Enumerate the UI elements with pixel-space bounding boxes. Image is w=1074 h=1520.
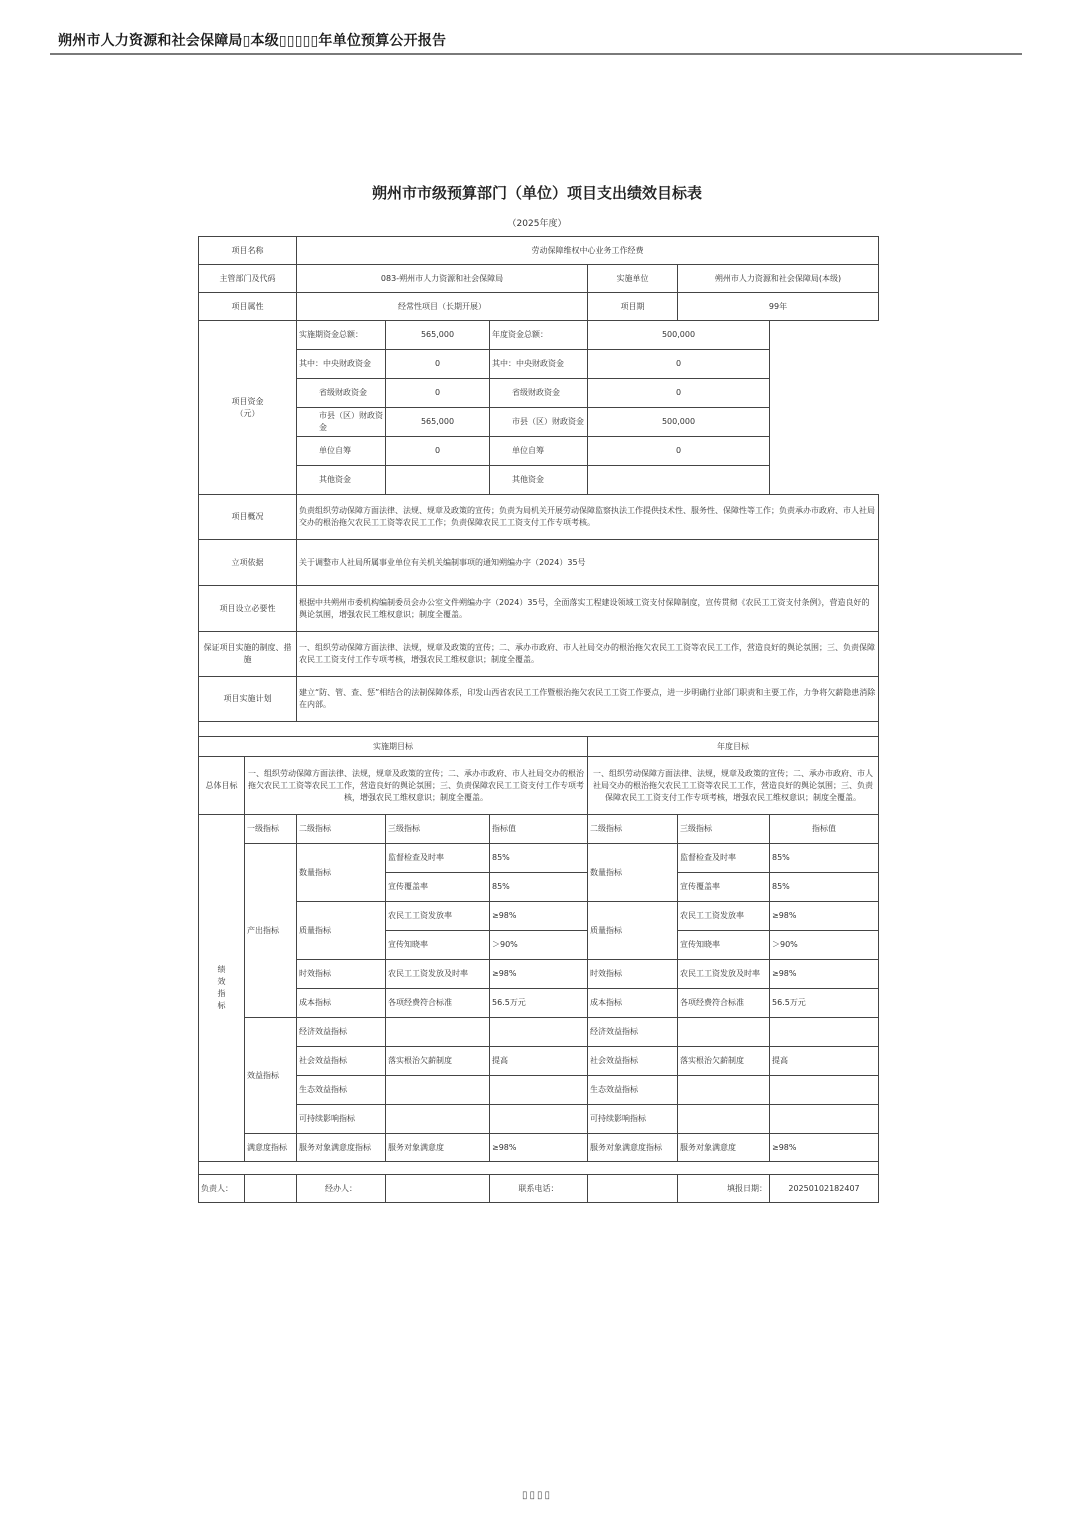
indicator-level3: 农民工工资发放及时率 [386, 960, 490, 989]
fund-label-period: 其中：中央财政资金 [297, 350, 386, 379]
value-plan: 建立“防、管、查、惩”相结合的法制保障体系，印发山西省农民工工作暨根治拖欠农民工… [297, 677, 879, 722]
label-basis: 立项依据 [199, 540, 297, 586]
indicator-level3-annual [678, 1105, 770, 1134]
indicator-level3: 宣传覆盖率 [386, 873, 490, 902]
value-responsible [245, 1175, 297, 1203]
label-measures: 保证项目实施的制度、措施 [199, 632, 297, 677]
document-title: 朔州市市级预算部门（单位）项目支出绩效目标表 [0, 182, 1074, 203]
indicator-level2: 经济效益指标 [297, 1018, 386, 1047]
indicator-header: 二级指标 [588, 815, 678, 844]
value-impl-unit: 朔州市人力资源和社会保障局(本级) [678, 265, 879, 293]
value-phone [588, 1175, 678, 1203]
indicator-value-annual: 85% [770, 873, 879, 902]
fund-value-period: 0 [386, 350, 490, 379]
indicator-value-annual: 56.5万元 [770, 989, 879, 1018]
indicator-value: 56.5万元 [490, 989, 588, 1018]
indicator-level2-annual: 服务对象满意度指标 [588, 1134, 678, 1162]
indicator-value-annual: 提高 [770, 1047, 879, 1076]
label-plan: 项目实施计划 [199, 677, 297, 722]
indicator-level2: 社会效益指标 [297, 1047, 386, 1076]
indicator-header: 指标值 [770, 815, 879, 844]
header-period-goal: 实施期目标 [199, 737, 588, 757]
indicator-level3-annual: 宣传知晓率 [678, 931, 770, 960]
indicator-level2-annual: 可持续影响指标 [588, 1105, 678, 1134]
indicator-value [490, 1105, 588, 1134]
indicator-level3-annual: 服务对象满意度 [678, 1134, 770, 1162]
indicator-value [490, 1076, 588, 1105]
label-necessity: 项目设立必要性 [199, 586, 297, 632]
indicator-value-annual: 85% [770, 844, 879, 873]
indicator-level2-annual: 时效指标 [588, 960, 678, 989]
label-handler: 经办人： [297, 1175, 386, 1203]
indicator-value: ≥98% [490, 902, 588, 931]
indicator-value-annual: ≥98% [770, 902, 879, 931]
indicator-level3-annual: 落实根治欠薪制度 [678, 1047, 770, 1076]
label-output-indicators: 产出指标 [245, 844, 297, 1018]
label-overall-goal: 总体目标 [199, 757, 245, 815]
indicator-level2-annual: 经济效益指标 [588, 1018, 678, 1047]
label-fill-date: 填报日期： [678, 1175, 770, 1203]
fund-value-period: 565,000 [386, 321, 490, 350]
performance-target-table: 项目名称劳动保障维权中心业务工作经费主管部门及代码083-朔州市人力资源和社会保… [198, 236, 879, 1203]
value-dept: 083-朔州市人力资源和社会保障局 [297, 265, 588, 293]
value-project-name: 劳动保障维权中心业务工作经费 [297, 237, 879, 265]
indicator-level3-annual: 监督检查及时率 [678, 844, 770, 873]
indicator-level3-annual [678, 1018, 770, 1047]
fund-label-period: 单位自筹 [297, 437, 386, 466]
fund-label-period: 省级财政资金 [297, 379, 386, 408]
indicator-level2: 成本指标 [297, 989, 386, 1018]
fund-value-annual: 500,000 [588, 408, 770, 437]
indicator-level2-annual: 生态效益指标 [588, 1076, 678, 1105]
label-benefit-indicators: 效益指标 [245, 1018, 297, 1134]
indicator-value-annual: ＞90% [770, 931, 879, 960]
fund-value-annual [588, 466, 770, 495]
indicator-level3-annual: 农民工工资发放及时率 [678, 960, 770, 989]
indicator-level2: 数量指标 [297, 844, 386, 902]
indicator-value-annual: ≥98% [770, 1134, 879, 1162]
indicator-value-annual [770, 1105, 879, 1134]
label-phone: 联系电话： [490, 1175, 588, 1203]
label-performance-indicators: 绩 效 指 标 [199, 815, 245, 1162]
label-attr: 项目属性 [199, 293, 297, 321]
indicator-level3: 宣传知晓率 [386, 931, 490, 960]
indicator-value: 85% [490, 873, 588, 902]
indicator-value: ＞90% [490, 931, 588, 960]
label-satisfaction-indicators: 满意度指标 [245, 1134, 297, 1162]
fund-value-annual: 0 [588, 379, 770, 408]
indicator-level2: 可持续影响指标 [297, 1105, 386, 1134]
value-measures: 一、组织劳动保障方面法律、法规，规章及政策的宣传；二、承办市政府、市人社局交办的… [297, 632, 879, 677]
indicator-header: 三级指标 [386, 815, 490, 844]
indicator-level3: 服务对象满意度 [386, 1134, 490, 1162]
indicator-level2: 服务对象满意度指标 [297, 1134, 386, 1162]
value-handler [386, 1175, 490, 1203]
spacer-row [199, 1162, 879, 1175]
indicator-value: ≥98% [490, 1134, 588, 1162]
label-project-name: 项目名称 [199, 237, 297, 265]
page-number: ▯▯▯▯ [0, 1490, 1074, 1501]
fund-value-period [386, 466, 490, 495]
page-header: 朔州市人力资源和社会保障局▯本级▯▯▯▯▯年单位预算公开报告 [58, 30, 446, 50]
indicator-level2: 质量指标 [297, 902, 386, 960]
indicator-value: ≥98% [490, 960, 588, 989]
header-annual-goal: 年度目标 [588, 737, 879, 757]
indicator-level3 [386, 1076, 490, 1105]
indicator-level2: 生态效益指标 [297, 1076, 386, 1105]
value-necessity: 根据中共朔州市委机构编制委员会办公室文件朔编办字（2024）35号，全面落实工程… [297, 586, 879, 632]
fund-label-annual: 市县（区）财政资金 [490, 408, 588, 437]
indicator-header: 一级指标 [245, 815, 297, 844]
fund-label-period: 其他资金 [297, 466, 386, 495]
fund-label-annual: 其他资金 [490, 466, 588, 495]
label-overview: 项目概况 [199, 495, 297, 540]
indicator-level3: 农民工工资发放率 [386, 902, 490, 931]
indicator-level2: 时效指标 [297, 960, 386, 989]
value-period: 99年 [678, 293, 879, 321]
header-rule [50, 53, 1022, 55]
label-impl-unit: 实施单位 [588, 265, 678, 293]
value-overview: 负责组织劳动保障方面法律、法规、规章及政策的宣传；负责为局机关开展劳动保障监察执… [297, 495, 879, 540]
indicator-level2-annual: 社会效益指标 [588, 1047, 678, 1076]
indicator-level3-annual: 宣传覆盖率 [678, 873, 770, 902]
fund-value-period: 0 [386, 379, 490, 408]
indicator-header: 三级指标 [678, 815, 770, 844]
label-project-funds: 项目资金（元） [199, 321, 297, 495]
funds-unit: （元） [236, 409, 260, 418]
indicator-value: 85% [490, 844, 588, 873]
indicator-value-annual [770, 1076, 879, 1105]
indicator-level2-annual: 成本指标 [588, 989, 678, 1018]
indicator-level2-annual: 数量指标 [588, 844, 678, 902]
indicator-value: 提高 [490, 1047, 588, 1076]
value-fill-date: 20250102182407 [770, 1175, 879, 1203]
indicator-level3: 各项经费符合标准 [386, 989, 490, 1018]
label-period: 项目期 [588, 293, 678, 321]
value-annual-goal: 一、组织劳动保障方面法律、法规，规章及政策的宣传；二、承办市政府、市人社局交办的… [588, 757, 879, 815]
indicator-level2-annual: 质量指标 [588, 902, 678, 960]
indicator-level3-annual [678, 1076, 770, 1105]
value-basis: 关于调整市人社局所属事业单位有关机关编制事项的通知朔编办字（2024）35号 [297, 540, 879, 586]
fund-value-period: 0 [386, 437, 490, 466]
indicator-value [490, 1018, 588, 1047]
indicator-level3-annual: 各项经费符合标准 [678, 989, 770, 1018]
fund-label-annual: 年度资金总额： [490, 321, 588, 350]
fund-value-annual: 500,000 [588, 321, 770, 350]
fund-label-annual: 单位自筹 [490, 437, 588, 466]
indicator-level3 [386, 1018, 490, 1047]
indicator-header: 指标值 [490, 815, 588, 844]
indicator-level3: 监督检查及时率 [386, 844, 490, 873]
fund-value-period: 565,000 [386, 408, 490, 437]
indicator-level3-annual: 农民工工资发放率 [678, 902, 770, 931]
label-responsible: 负责人： [199, 1175, 245, 1203]
indicator-level3 [386, 1105, 490, 1134]
fund-label-period: 市县（区）财政资金 [297, 408, 386, 437]
label-dept: 主管部门及代码 [199, 265, 297, 293]
funds-label: 项目资金 [232, 397, 264, 406]
indicator-value-annual: ≥98% [770, 960, 879, 989]
fund-label-period: 实施期资金总额： [297, 321, 386, 350]
value-attr: 经常性项目（长期开展） [297, 293, 588, 321]
spacer-row [199, 722, 879, 737]
fund-value-annual: 0 [588, 437, 770, 466]
document-year: （2025年度） [0, 216, 1074, 229]
indicator-level3: 落实根治欠薪制度 [386, 1047, 490, 1076]
fund-label-annual: 其中：中央财政资金 [490, 350, 588, 379]
indicator-header: 二级指标 [297, 815, 386, 844]
indicator-value-annual [770, 1018, 879, 1047]
value-period-goal: 一、组织劳动保障方面法律、法规，规章及政策的宣传；二、承办市政府、市人社局交办的… [245, 757, 588, 815]
fund-value-annual: 0 [588, 350, 770, 379]
fund-label-annual: 省级财政资金 [490, 379, 588, 408]
